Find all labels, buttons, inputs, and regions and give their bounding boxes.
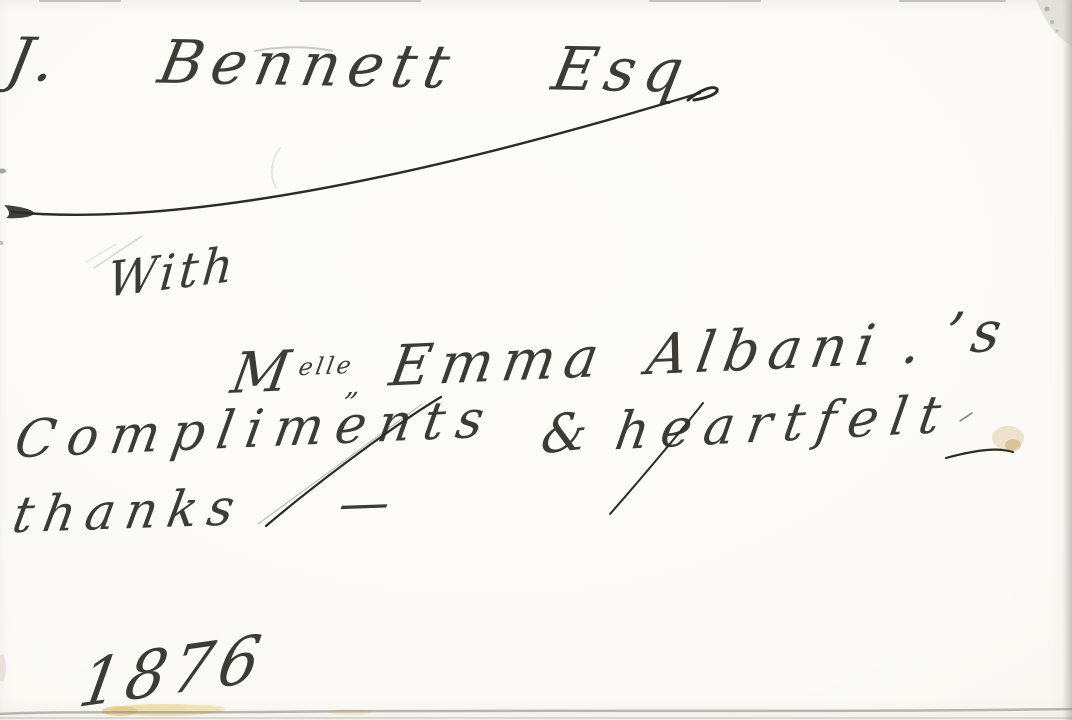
ampersand-mark: & <box>539 405 589 463</box>
separator-dot: . <box>897 311 935 378</box>
heartfelt-tail-flourish <box>946 450 1013 458</box>
left-edge-marks <box>0 169 6 683</box>
flourish-end-hook <box>688 88 717 100</box>
mlle-initial: M <box>226 339 303 407</box>
thanks-word: thanks <box>8 478 248 544</box>
stain-right <box>992 426 1024 451</box>
underline-flourish <box>4 88 717 219</box>
handwritten-card: J. Bennett Esq With Melle„Emma Albani.’s… <box>0 0 1072 720</box>
thanks-line: thanks— <box>9 477 394 540</box>
recipient-line: J. Bennett Esq <box>2 30 696 102</box>
closing-dash: — <box>334 473 394 533</box>
tick-mark <box>960 413 972 421</box>
possessive-s: ’s <box>940 299 1015 367</box>
card-right-edge-shadow <box>1063 0 1072 720</box>
